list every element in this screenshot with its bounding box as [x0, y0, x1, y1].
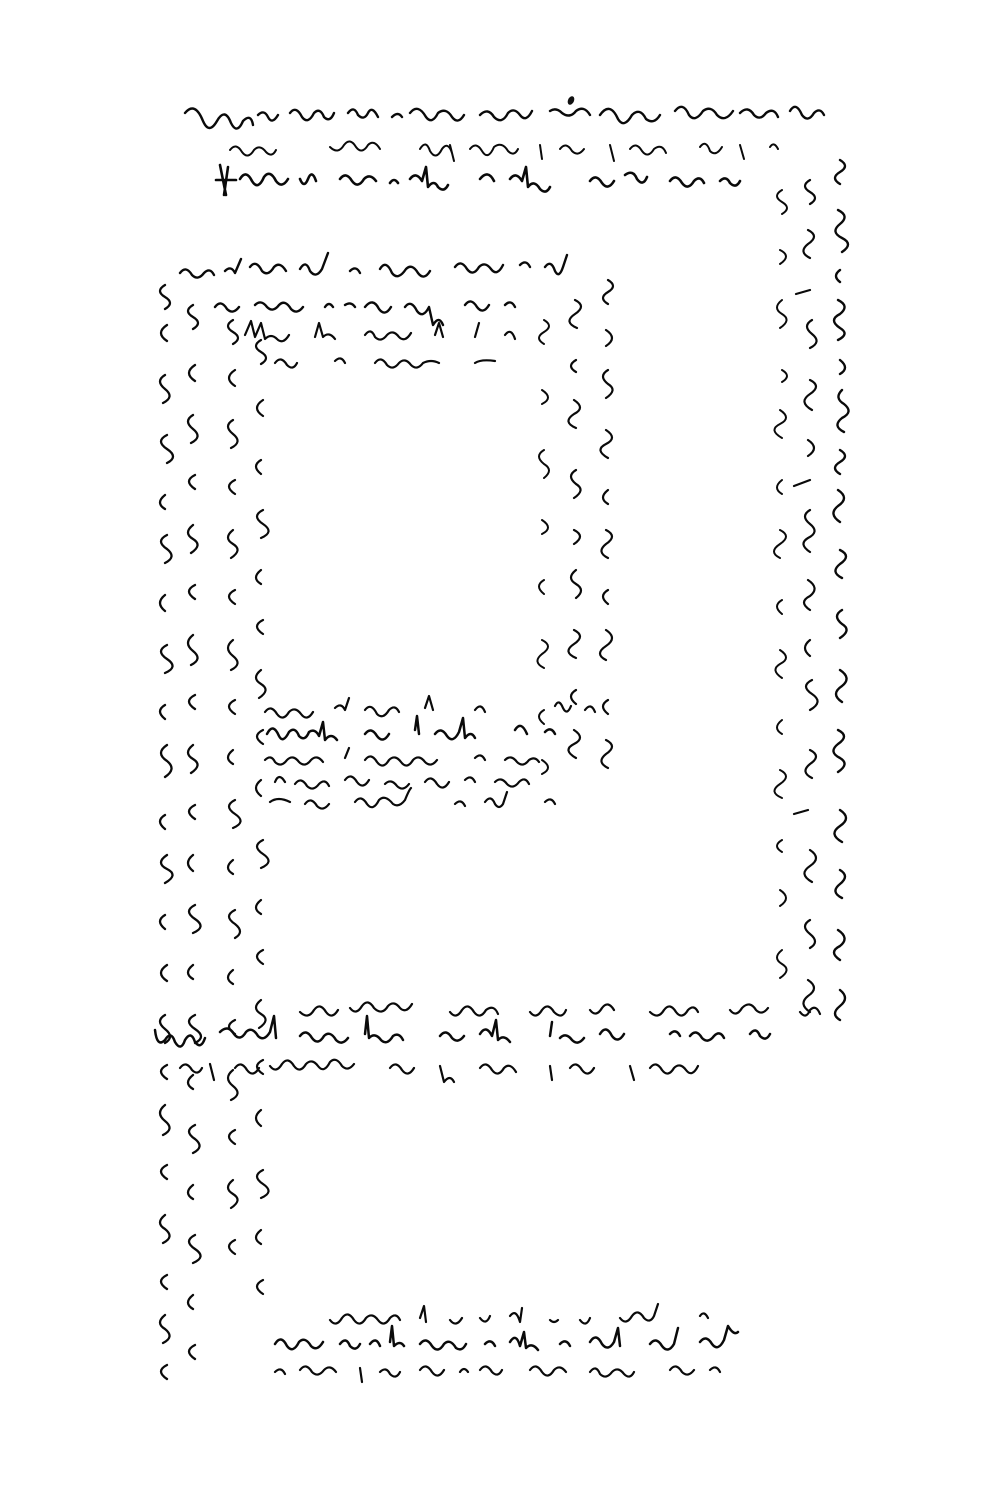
- handwriting-scribble-icon: [255, 690, 645, 815]
- artwork-page: ocu cuerpo papeles cara Handwritten curs…: [0, 0, 983, 1500]
- handwriting-scribble-icon: [215, 300, 275, 1320]
- text-band-stem-inner: [215, 300, 275, 1320]
- text-band-top-outer: [180, 95, 850, 200]
- text-band-left-outer-stem: [145, 265, 215, 1395]
- handwriting-scribble-icon: [270, 1300, 860, 1390]
- text-band-bowl-bottom-inner: [255, 690, 645, 815]
- text-band-stem-bottom: [270, 1300, 860, 1390]
- handwriting-scribble-icon: [180, 95, 850, 200]
- handwriting-scribble-icon: [760, 150, 860, 1050]
- calligram-letter-p: ocu cuerpo papeles cara Handwritten curs…: [0, 0, 983, 1500]
- handwriting-scribble-icon: [145, 265, 215, 1395]
- text-band-right-outer: [760, 150, 860, 1050]
